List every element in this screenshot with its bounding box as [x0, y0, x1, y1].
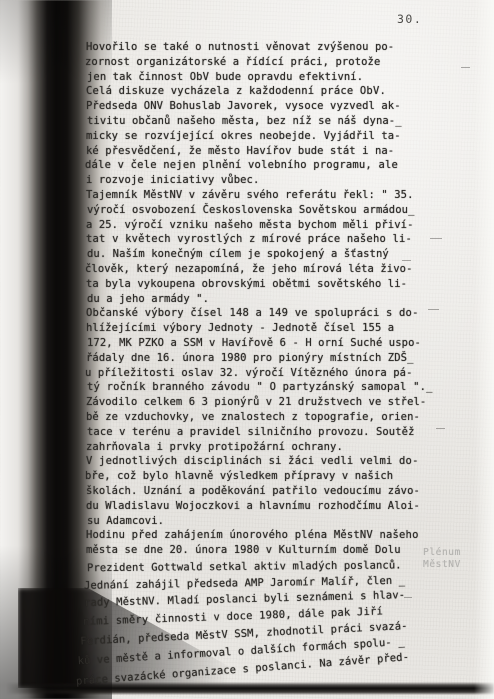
text-line: člověk, který nezapomíná, že jeho mírová…	[85, 262, 452, 277]
text-line: tat v květech vyrostlých z mírové práce …	[86, 232, 452, 247]
text-line: tý ročník branného závodu " O partyzánsk…	[87, 380, 452, 395]
scan-artifact-dash	[428, 309, 439, 310]
text-line: V jednotlivých disciplinách si žáci vedl…	[86, 454, 452, 469]
margin-stamp: Plénum MěstNV	[423, 547, 461, 571]
text-line: zahrňovala i prvky protipožární ochrany.	[86, 440, 452, 455]
page-right-edge-highlight	[474, 0, 494, 699]
text-line: jen tak činnost ObV bude opravdu efektiv…	[87, 70, 452, 85]
text-line: hlížejícími výbory Jednoty - Jednotě čís…	[86, 321, 452, 336]
text-line: tivitu občanů našeho města, bez níž se n…	[87, 114, 452, 129]
text-line: Závodilo celkem 6 3 pionýrů v 21 družstv…	[86, 395, 452, 410]
text-line: u příležitosti oslav 32. výročí Vítěznéh…	[85, 366, 452, 381]
text-line: výročí osvobození Československa Sovětsk…	[87, 203, 452, 218]
text-line: zornost organizátorské a řídící práci, p…	[85, 55, 452, 70]
text-line: du a jeho armády ".	[87, 292, 452, 307]
text-line: a 25. výročí vzniku našeho města bychom …	[86, 218, 452, 233]
text-line: bře, což bylo hlavně výsledkem přípravy …	[85, 469, 452, 484]
scan-artifact-dash	[404, 597, 412, 598]
text-line: micky se rozvíjející okres neobejde. Vyj…	[86, 129, 452, 144]
text-line: ké přesvědčení, že město Havířov bude st…	[86, 144, 452, 159]
text-line: su Adamcovi.	[87, 514, 452, 529]
text-line: ta byla vykoupena obrovskými obětmi sově…	[86, 277, 452, 292]
text-line: školách. Uznání a poděkování patřilo ved…	[86, 484, 452, 499]
text-line: Předseda ONV Bohuslab Javorek, vysoce vy…	[86, 99, 452, 114]
text-line: 172, MK PZKO a SSM v Havířově 6 - H orní…	[87, 336, 452, 351]
text-line: bě ze vzduchovky, ve znalostech z topogr…	[86, 410, 452, 425]
text-line: řádaly dne 16. února 1980 pro pionýry mí…	[86, 351, 452, 366]
text-line: du. Naším konečným cílem je spokojený a …	[87, 247, 452, 262]
text-line: Občanské výbory čísel 148 a 149 ve spolu…	[86, 306, 452, 321]
scan-artifact-dash	[430, 238, 442, 239]
text-line: města se dne 20. února 1980 v Kulturním …	[86, 543, 452, 558]
margin-stamp-line1: Plénum	[423, 547, 461, 559]
document-text: Hovořilo se také o nutnosti věnovat zvýš…	[86, 40, 452, 661]
text-line: tace v terénu a pravidel silničního prov…	[87, 425, 452, 440]
text-line: Tajemník MěstNV v závěru svého referátu …	[86, 188, 452, 203]
scan-artifact-dash	[436, 428, 445, 429]
scan-artifact-dash	[402, 260, 411, 261]
text-line: Celá diskuze vycházela z každodenní prác…	[86, 84, 452, 99]
text-line: du Wladislavu Wojoczkovi a hlavnímu rozh…	[86, 499, 452, 514]
scan-artifact-dash	[461, 67, 470, 68]
page-number: 30.	[397, 12, 422, 26]
text-line: Hodinu před zahájením únorového pléna Mě…	[86, 528, 452, 543]
text-line: dále v čele nejen plnění volebního progr…	[85, 158, 452, 173]
text-line: Hovořilo se také o nutnosti věnovat zvýš…	[86, 40, 452, 55]
text-line: i rozvoje iniciativy vůbec.	[86, 173, 452, 188]
scanned-page: 30. Hovořilo se také o nutnosti věnovat …	[0, 0, 494, 699]
margin-stamp-line2: MěstNV	[423, 559, 461, 571]
